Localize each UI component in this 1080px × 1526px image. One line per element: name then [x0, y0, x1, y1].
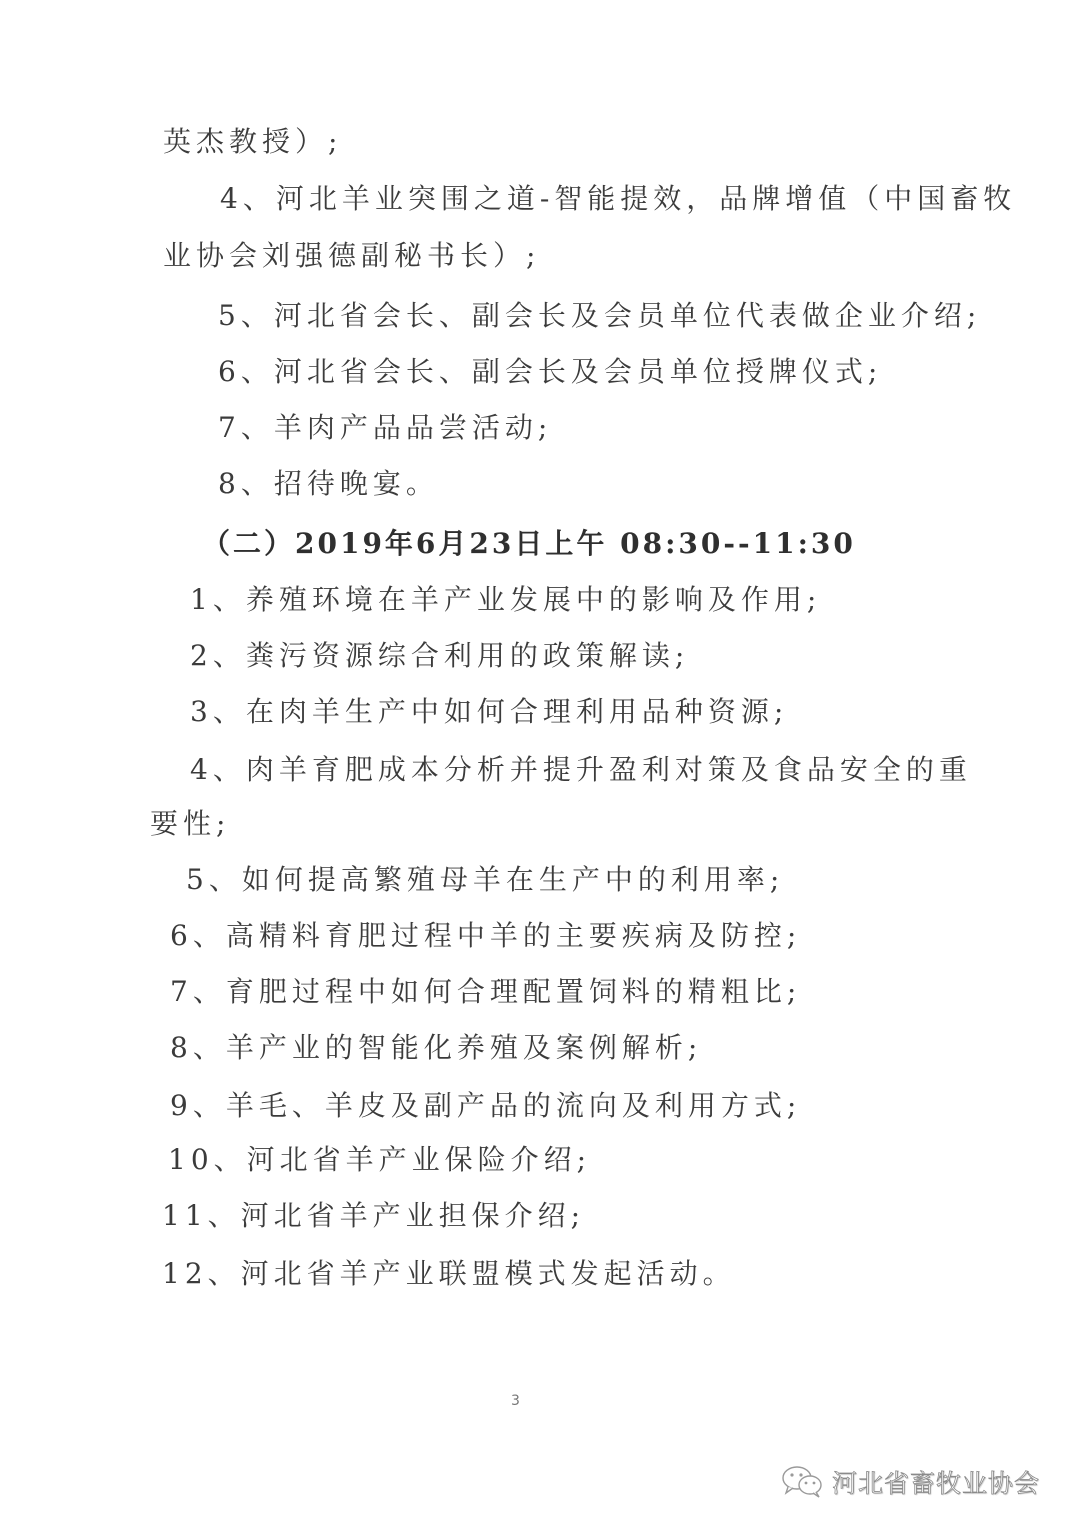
session2-item-11: 11、河北省羊产业担保介绍;	[162, 1198, 585, 1234]
session1-item-4-cont: 业协会刘强德副秘书长）;	[163, 238, 540, 274]
session2-item-8: 8、羊产业的智能化养殖及案例解析;	[170, 1030, 702, 1066]
session2-item-5: 5、如何提高繁殖母羊在生产中的利用率;	[186, 862, 784, 898]
session2-item-3: 3、在肉羊生产中如何合理利用品种资源;	[190, 694, 788, 730]
session2-item-2: 2、粪污资源综合利用的政策解读;	[190, 638, 689, 674]
session2-heading: （二）2019年6月23日上午 08:30--11:30	[202, 526, 856, 562]
page-number: 3	[511, 1393, 520, 1409]
session2-item-7: 7、育肥过程中如何合理配置饲料的精粗比;	[170, 974, 801, 1010]
session1-item-7: 7、羊肉产品品尝活动;	[218, 410, 552, 446]
session1-item-6: 6、河北省会长、副会长及会员单位授牌仪式;	[218, 354, 882, 390]
session2-item-4-cont: 要性;	[150, 806, 230, 842]
session2-item-10: 10、河北省羊产业保险介绍;	[168, 1142, 591, 1178]
session2-item-4: 4、肉羊育肥成本分析并提升盈利对策及食品安全的重	[190, 752, 972, 788]
wechat-icon	[780, 1464, 826, 1500]
watermark-text: 河北省畜牧业协会	[832, 1464, 1040, 1500]
session2-item-9: 9、羊毛、羊皮及副产品的流向及利用方式;	[170, 1088, 801, 1124]
session1-item-5: 5、河北省会长、副会长及会员单位代表做企业介绍;	[218, 298, 981, 334]
watermark: 河北省畜牧业协会	[780, 1462, 1040, 1502]
session2-item-6: 6、高精料育肥过程中羊的主要疾病及防控;	[170, 918, 801, 954]
session1-item-8: 8、招待晚宴。	[218, 466, 439, 502]
session1-item-4: 4、河北羊业突围之道-智能提效，品牌增值（中国畜牧	[220, 181, 1016, 217]
session2-item-1: 1、养殖环境在羊产业发展中的影响及作用;	[190, 582, 821, 618]
continuation-line: 英杰教授）;	[163, 124, 342, 160]
session2-item-12: 12、河北省羊产业联盟模式发起活动。	[162, 1256, 736, 1292]
